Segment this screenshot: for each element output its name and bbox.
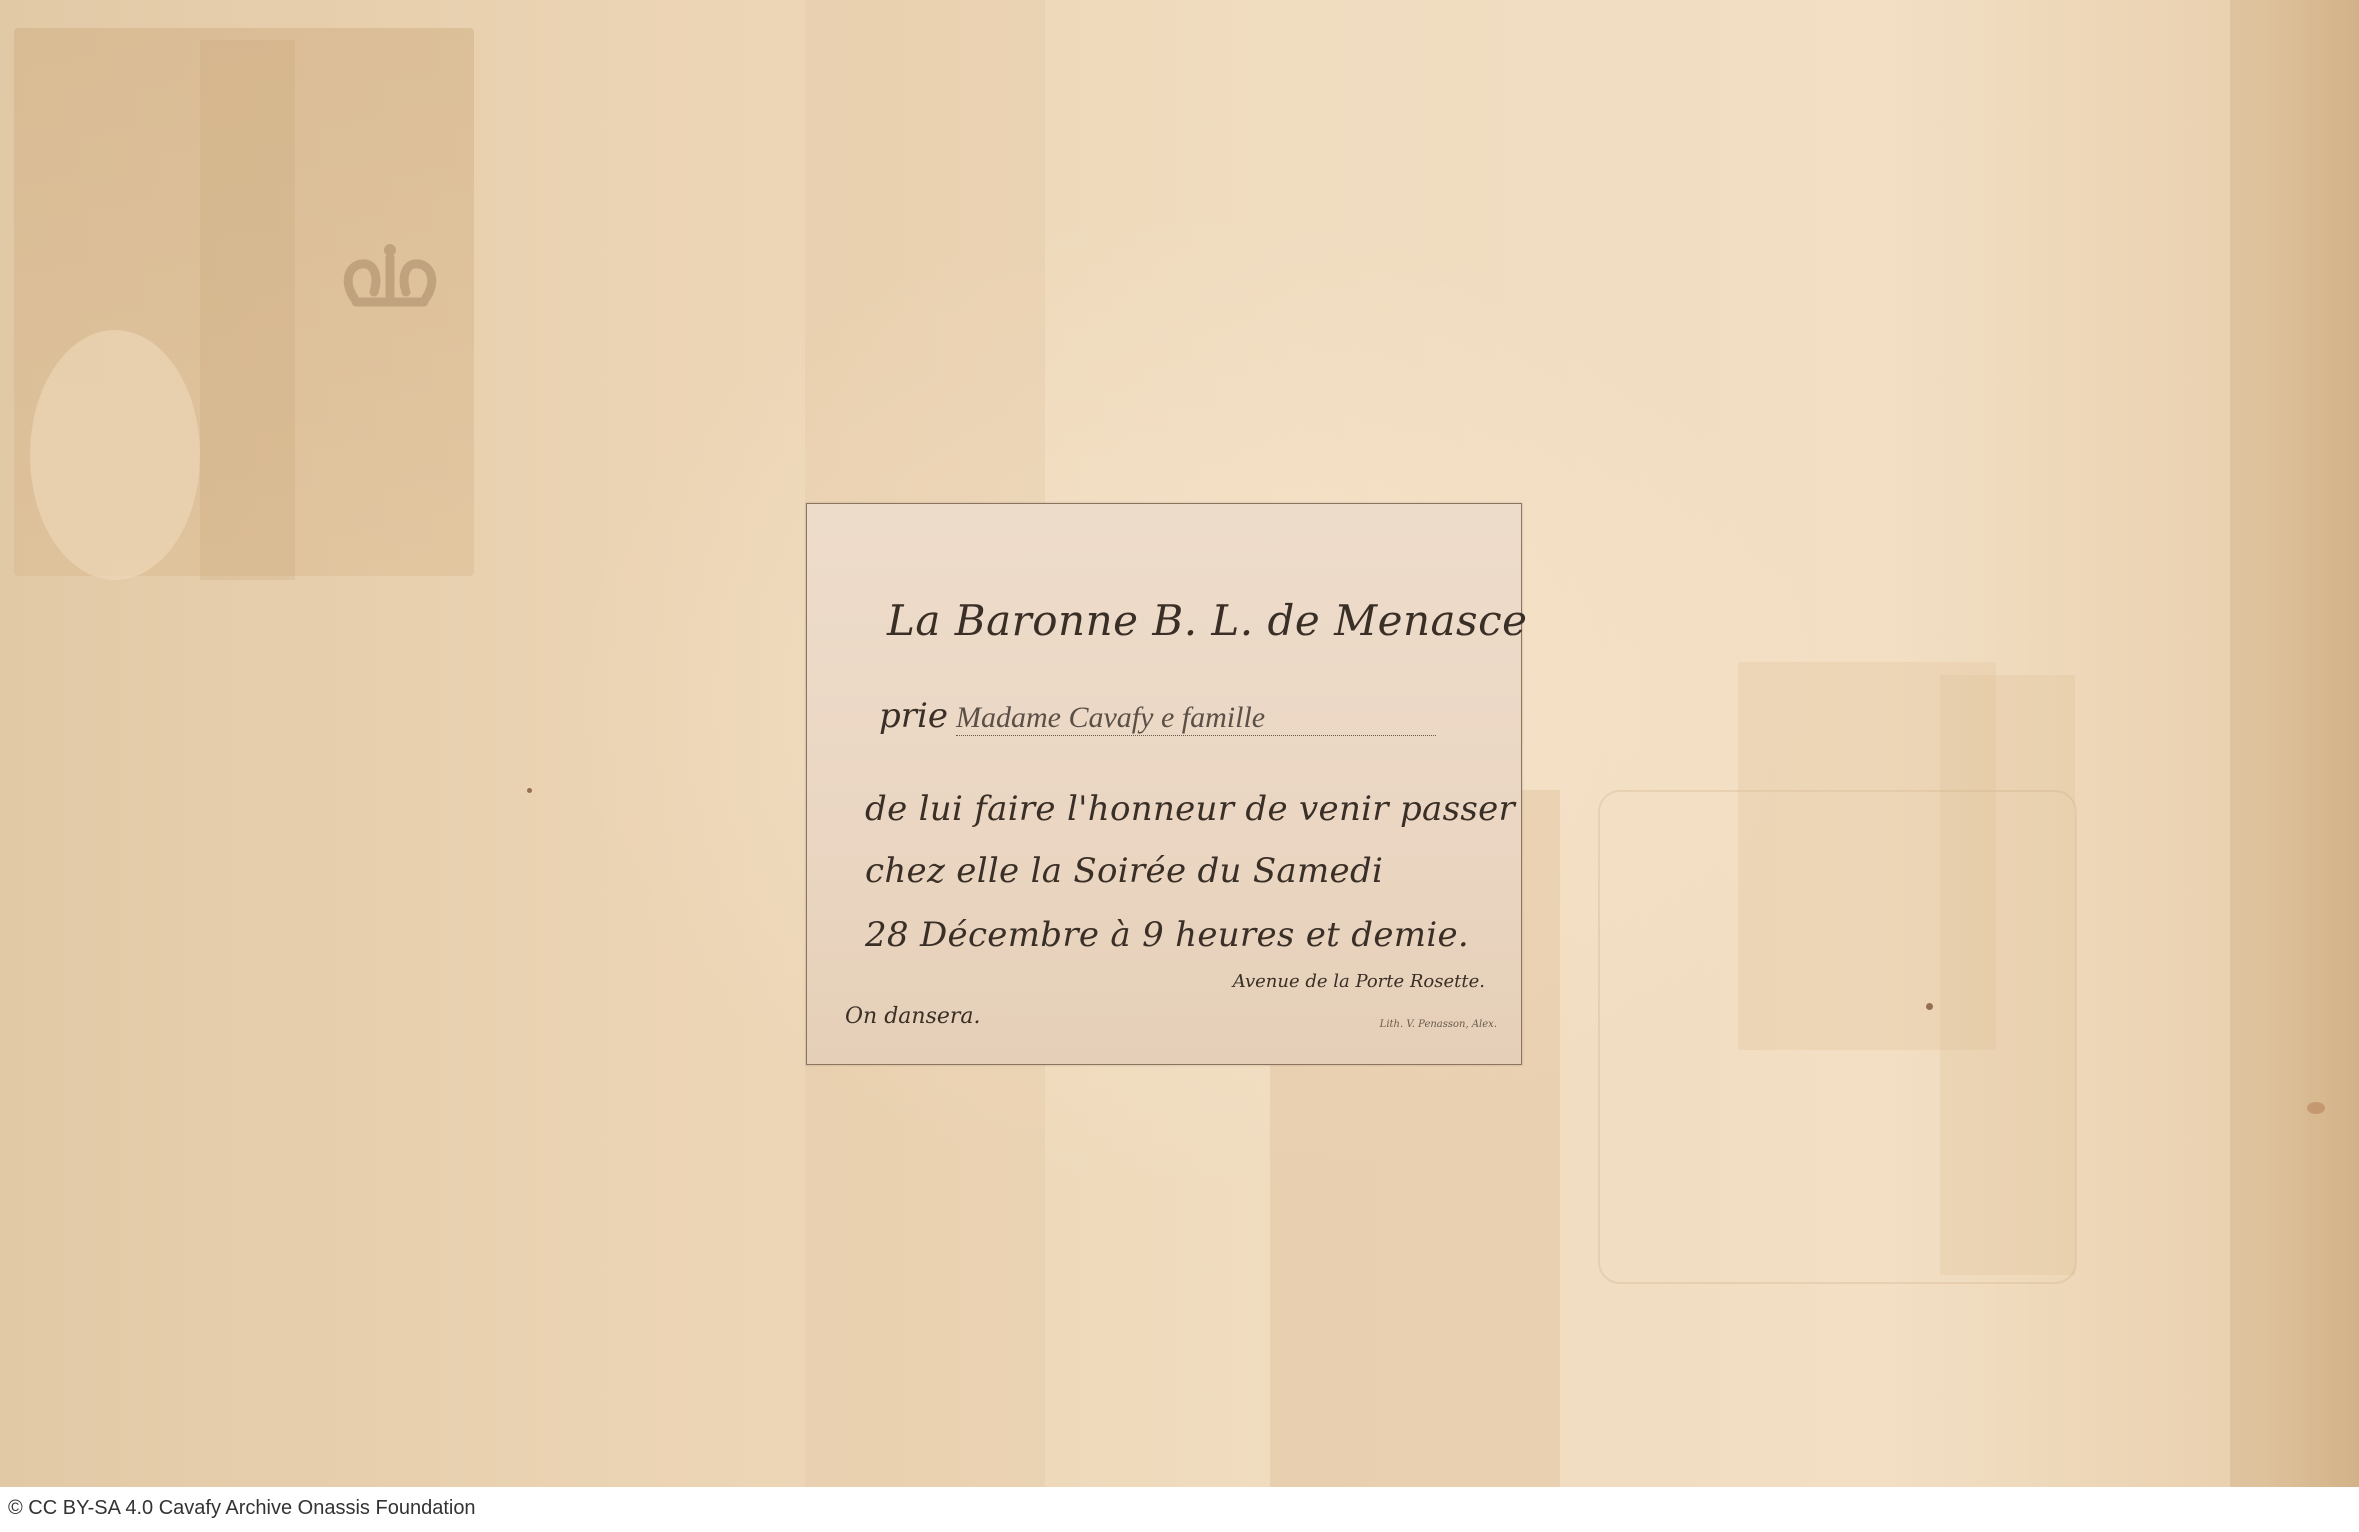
- foxing-spot: [1926, 1003, 1933, 1010]
- ghost-oval: [30, 330, 200, 580]
- invitation-card: La Baronne B. L. de Menasce prieMadame C…: [806, 503, 1522, 1065]
- invitee-line: prieMadame Cavafy e famille: [879, 696, 1436, 736]
- crown-icon: [340, 240, 440, 312]
- stain: [2307, 1102, 2325, 1114]
- removed-item-ghost: [1738, 662, 1996, 1050]
- invitee-prefix: prie: [879, 696, 948, 736]
- invitation-line: de lui faire l'honneur de venir passer: [865, 789, 1515, 829]
- invitation-line: chez elle la Soirée du Samedi: [865, 851, 1383, 891]
- album-page-scan: La Baronne B. L. de Menasce prieMadame C…: [0, 0, 2359, 1487]
- foxing-spot: [527, 788, 532, 793]
- footer: © CC BY-SA 4.0 Cavafy Archive Onassis Fo…: [0, 1487, 2359, 1532]
- address: Avenue de la Porte Rosette.: [1233, 971, 1485, 992]
- license-credit: © CC BY-SA 4.0 Cavafy Archive Onassis Fo…: [8, 1497, 476, 1520]
- dance-note: On dansera.: [845, 1004, 981, 1029]
- handwritten-invitee: Madame Cavafy e famille: [956, 701, 1436, 736]
- host-name: La Baronne B. L. de Menasce: [887, 596, 1528, 645]
- page-edge: [2230, 0, 2359, 1487]
- ghost-stripe: [200, 40, 295, 580]
- date-line: 28 Décembre à 9 heures et demie.: [865, 915, 1469, 955]
- printer-credit: Lith. V. Penasson, Alex.: [1380, 1019, 1497, 1030]
